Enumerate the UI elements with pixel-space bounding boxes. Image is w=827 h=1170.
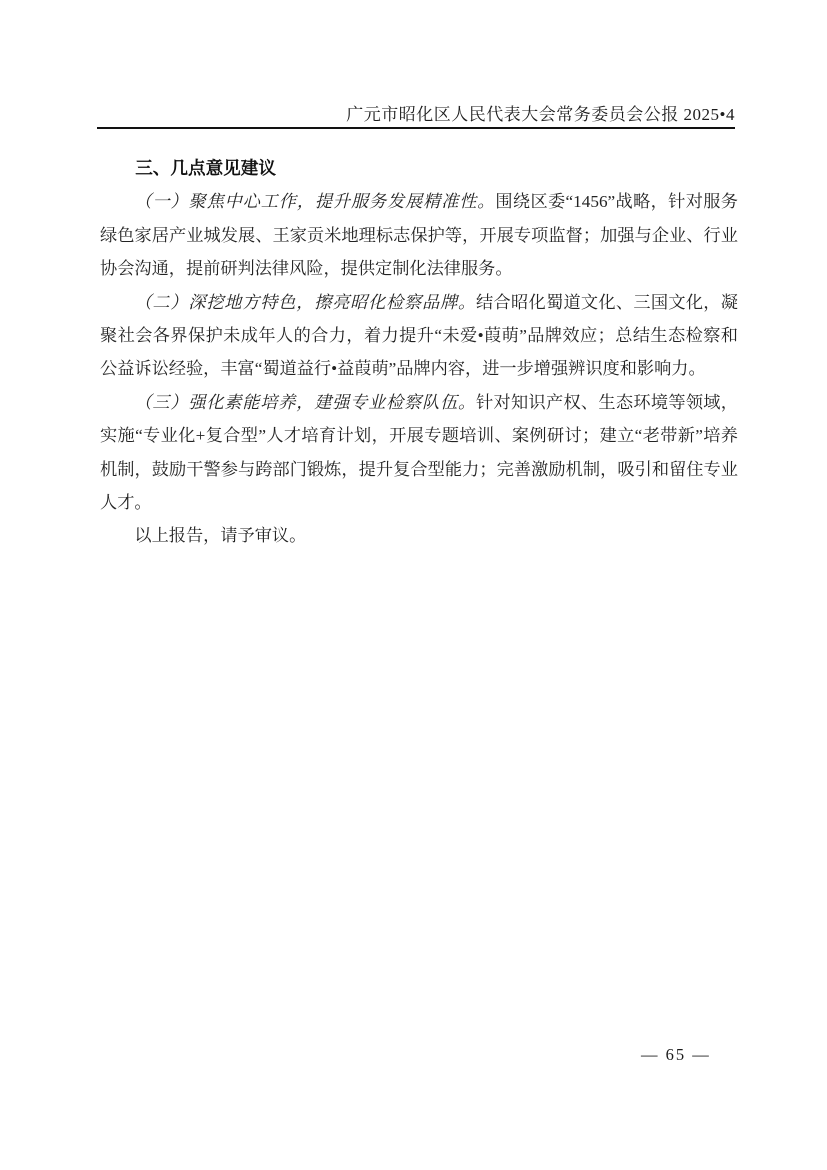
closing-line: 以上报告，请予审议。 (100, 519, 738, 552)
section-heading: 三、几点意见建议 (100, 152, 738, 185)
paragraph-2: （二）深挖地方特色，擦亮昭化检察品牌。结合昭化蜀道文化、三国文化，凝聚社会各界保… (100, 286, 738, 386)
document-page: 广元市昭化区人民代表大会常务委员会公报 2025•4 三、几点意见建议 （一）聚… (0, 0, 827, 1170)
page-header-title: 广元市昭化区人民代表大会常务委员会公报 2025•4 (97, 100, 735, 125)
paragraph-1-lead: （一）聚焦中心工作，提升服务发展精准性。 (134, 192, 495, 211)
paragraph-3: （三）强化素能培养，建强专业检察队伍。针对知识产权、生态环境等领域，实施“专业化… (100, 386, 738, 520)
document-body: 三、几点意见建议 （一）聚焦中心工作，提升服务发展精准性。围绕区委“1456”战… (100, 152, 738, 553)
paragraph-3-lead: （三）强化素能培养，建强专业检察队伍。 (134, 393, 476, 412)
paragraph-1: （一）聚焦中心工作，提升服务发展精准性。围绕区委“1456”战略，针对服务绿色家… (100, 185, 738, 285)
header-rule (97, 127, 735, 129)
page-number: — 65 — (641, 1045, 711, 1065)
paragraph-2-lead: （二）深挖地方特色，擦亮昭化检察品牌。 (134, 293, 476, 312)
